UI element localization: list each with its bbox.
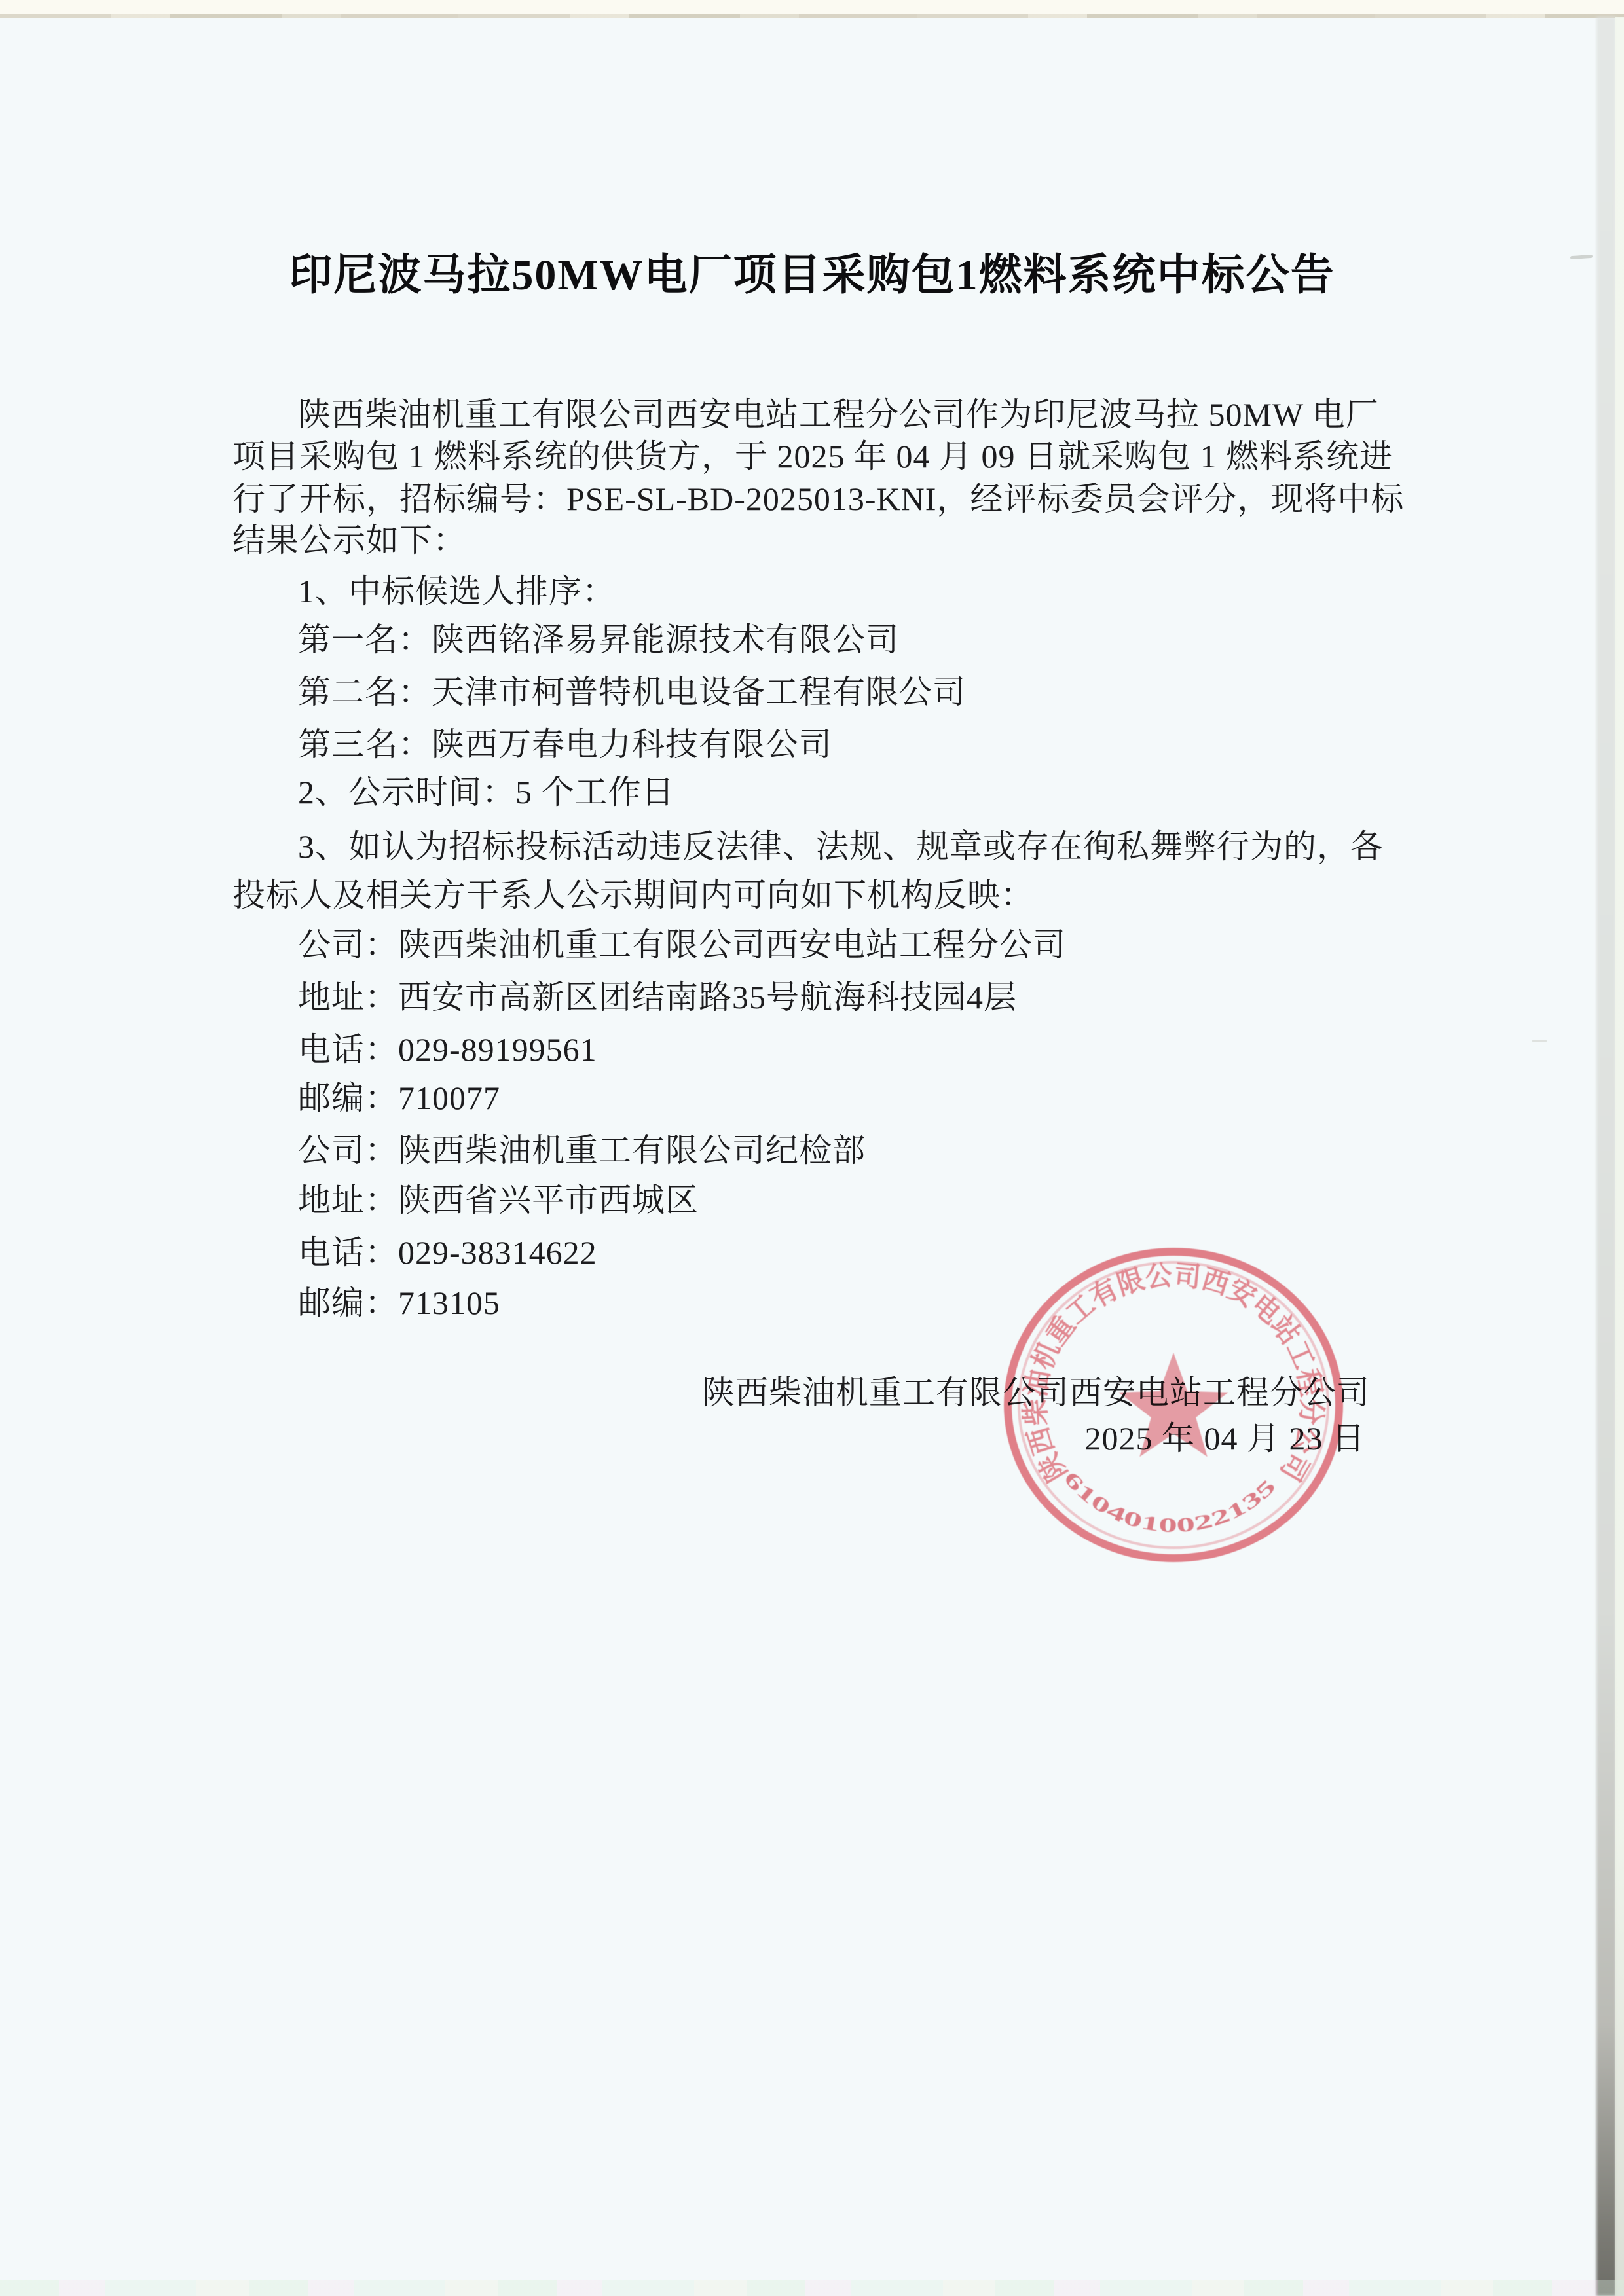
scan-top-edge-line bbox=[0, 14, 1624, 18]
candidate-first: 第一名：陕西铭泽易昇能源技术有限公司 bbox=[298, 619, 899, 660]
scanned-document-page: 印尼波马拉50MW电厂项目采购包1燃料系统中标公告 陕西柴油机重工有限公司西安电… bbox=[0, 0, 1624, 2296]
contact2-phone: 电话：029-38314622 bbox=[298, 1232, 597, 1273]
scan-bottom-edge bbox=[0, 2280, 1624, 2296]
para1-line1: 陕西柴油机重工有限公司西安电站工程分公司作为印尼波马拉 50MW 电厂 bbox=[298, 394, 1379, 435]
seal-star-icon bbox=[1118, 1353, 1228, 1457]
item3-line2: 投标人及相关方干系人公示期间内可向如下机构反映： bbox=[232, 875, 1034, 915]
scan-right-edge bbox=[1615, 17, 1624, 2296]
contact2-zip: 邮编：713105 bbox=[298, 1283, 500, 1323]
candidate-third: 第三名：陕西万春电力科技有限公司 bbox=[298, 724, 832, 765]
para1-line4: 结果公示如下： bbox=[232, 520, 466, 560]
item2-publicity-period: 2、公示时间：5 个工作日 bbox=[298, 772, 675, 812]
document-title: 印尼波马拉50MW电厂项目采购包1燃料系统中标公告 bbox=[0, 240, 1624, 302]
para1-line2: 项目采购包 1 燃料系统的供货方，于 2025 年 04 月 09 日就采购包 … bbox=[232, 436, 1393, 477]
scan-top-edge bbox=[0, 0, 1624, 14]
contact1-company: 公司：陕西柴油机重工有限公司西安电站工程分公司 bbox=[298, 924, 1066, 965]
item3-line1: 3、如认为招标投标活动违反法律、法规、规章或存在徇私舞弊行为的，各 bbox=[298, 826, 1384, 867]
candidate-second: 第二名：天津市柯普特机电设备工程有限公司 bbox=[298, 672, 966, 712]
contact2-company: 公司：陕西柴油机重工有限公司纪检部 bbox=[298, 1130, 866, 1171]
contact2-address: 地址：陕西省兴平市西城区 bbox=[298, 1180, 699, 1220]
scan-right-edge-shadow bbox=[1596, 17, 1616, 2296]
scan-speck bbox=[1532, 1040, 1547, 1042]
item1-heading: 1、中标候选人排序： bbox=[298, 571, 616, 611]
para1-line3: 行了开标，招标编号：PSE-SL-BD-2025013-KNI，经评标委员会评分… bbox=[232, 479, 1404, 519]
contact1-address: 地址：西安市高新区团结南路35号航海科技园4层 bbox=[298, 977, 1017, 1017]
contact1-zip: 邮编：710077 bbox=[298, 1078, 500, 1118]
contact1-phone: 电话：029-89199561 bbox=[298, 1029, 597, 1070]
company-seal-stamp: 陕西柴油机重工有限公司西安电站工程分公司 6104010022135 bbox=[969, 1231, 1382, 1584]
